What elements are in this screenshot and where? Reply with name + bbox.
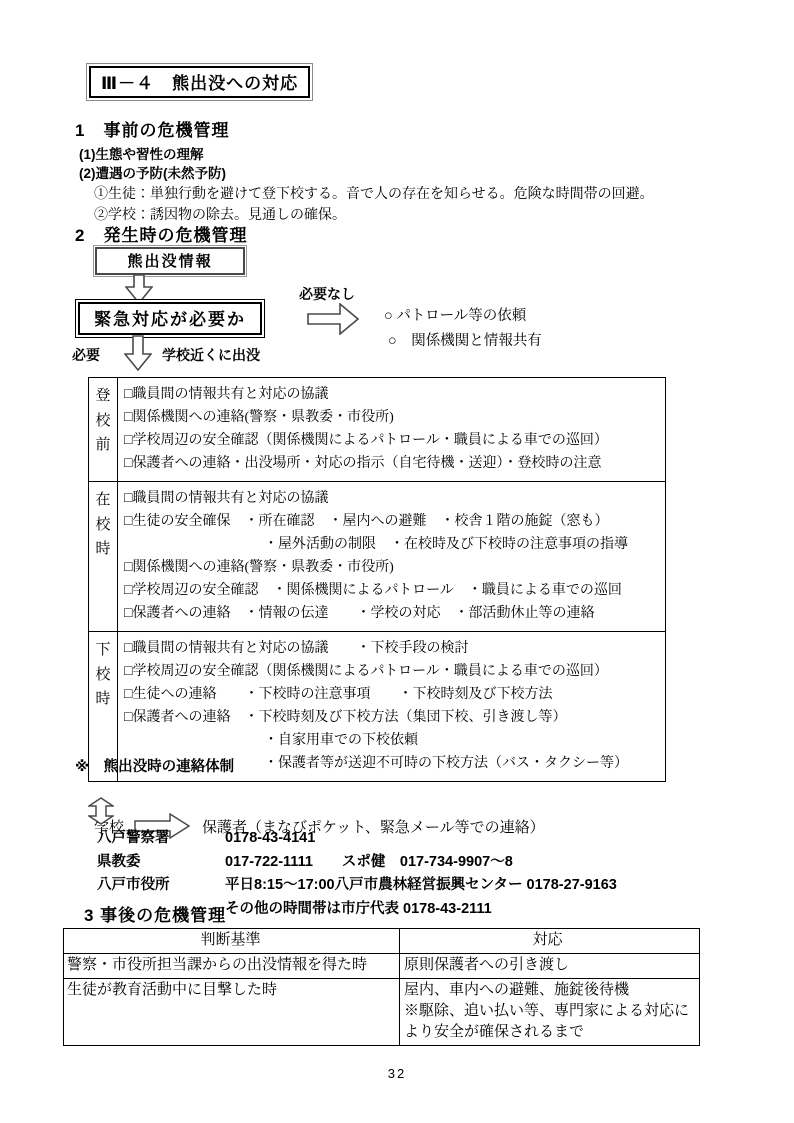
response-line: ※駆除、追い払い等、専門家による対応により安全が確保されるまで [404,1001,695,1043]
criteria-cell: 警察・市役所担当課からの出没情報を得た時 [64,954,400,978]
criteria-cell: 生徒が教育活動中に目撃した時 [64,979,400,1045]
no-branch-label: 必要なし [299,284,355,304]
contact-entry: 八戸警察署 0178-43-4141 [97,827,617,851]
response-cell: 屋内、車内への避難、施錠後待機 ※駆除、追い払い等、専門家による対応により安全が… [400,979,699,1045]
no-branch-item2: ○ 関係機関と情報共有 [388,329,542,350]
page-title: Ⅲ－４ 熊出没への対応 [89,66,310,98]
checklist-line: □保護者への連絡・出没場所・対応の指示（自宅待機・送迎）・登校時の注意 [124,452,665,475]
contact-name: 八戸警察署 [97,827,225,851]
checklist-line: □学校周辺の安全確認（関係機関によるパトロール・職員による車での巡回） [124,429,665,452]
contact-name: 八戸市役所 [97,874,225,898]
section1-sub1: ①生徒：単独行動を避けて登下校する。音で人の存在を知らせる。危険な時間帯の回避。 [94,183,654,203]
flowchart: 熊出没情報 緊急対応が必要か 必要なし ○ パトロール等の依頼 ○ 関係機関と情… [0,243,794,377]
checklist-line: □職員間の情報共有と対応の協議 [124,383,665,406]
criteria-header: 判断基準 [64,929,400,953]
contact-entry: 八戸市役所 平日8:15～17:00八戸市農林経営振興センター 0178-27-… [97,874,617,898]
near-school-label: 学校近くに出没 [162,345,260,365]
arrow-up-down-icon [88,797,114,825]
section1-item2: (2)遭遇の予防(未然予防) [79,162,226,182]
checklist-line: □保護者への連絡 ・下校時刻及び下校方法（集団下校、引き渡し等） [124,706,665,729]
contact-phone: 017-722-1111 スポ健 017-734-9907～8 [225,851,513,875]
row-header: 在校時 [95,488,111,562]
arrow-down-icon [124,335,152,371]
checklist-line: □保護者への連絡 ・情報の伝達 ・学校の対応 ・部活動休止等の連絡 [124,602,665,625]
title-box: Ⅲ－４ 熊出没への対応 [86,63,313,101]
judgement-table: 判断基準 対応 警察・市役所担当課からの出没情報を得た時 原則保護者への引き渡し… [63,928,700,1046]
row-header-cell: 登校前 [89,378,118,481]
checklist-line: □学校周辺の安全確認（関係機関によるパトロール・職員による車での巡回） [124,660,665,683]
checklist-line: ・屋外活動の制限 ・在校時及び下校時の注意事項の指導 [124,533,665,556]
checklist-line: □生徒への連絡 ・下校時の注意事項 ・下校時刻及び下校方法 [124,683,665,706]
contact-name: 県教委 [97,851,225,875]
table-row: 在校時 □職員間の情報共有と対応の協議 □生徒の安全確保 ・所在確認 ・屋内への… [89,481,665,631]
table-header-row: 判断基準 対応 [64,929,699,953]
table-row: 生徒が教育活動中に目撃した時 屋内、車内への避難、施錠後待機 ※駆除、追い払い等… [64,978,699,1045]
response-line: 屋内、車内への避難、施錠後待機 [404,980,695,1001]
section1-heading: 1 事前の危機管理 [75,116,229,141]
document-page: Ⅲ－４ 熊出没への対応 1 事前の危機管理 (1)生態や習性の理解 (2)遭遇の… [0,0,794,1123]
info-box: 熊出没情報 [93,245,247,277]
contact-heading: ※ 熊出没時の連絡体制 [75,755,234,776]
table-row: 登校前 □職員間の情報共有と対応の協議 □関係機関への連絡(警察・県教委・市役所… [89,378,665,481]
checklist-line: □生徒の安全確保 ・所在確認 ・屋内への避難 ・校舎１階の施錠（窓も） [124,510,665,533]
table-row: 警察・市役所担当課からの出没情報を得た時 原則保護者への引き渡し [64,953,699,978]
contact-phone: 平日8:15～17:00八戸市農林経営振興センター 0178-27-9163 [225,874,617,898]
page-number: 32 [0,1066,794,1081]
row-content-cell: □職員間の情報共有と対応の協議 □生徒の安全確保 ・所在確認 ・屋内への避難 ・… [118,482,665,631]
section1-item1: (1)生態や習性の理解 [79,143,204,163]
response-line: 原則保護者への引き渡し [404,955,695,976]
decision-box: 緊急対応が必要か [75,299,265,338]
contact-entry: 県教委 017-722-1111 スポ健 017-734-9907～8 [97,851,617,875]
yes-branch-label: 必要 [72,345,100,365]
arrow-right-icon [307,303,359,335]
checklist-line: □職員間の情報共有と対応の協議 ・下校手段の検討 [124,637,665,660]
row-header-cell: 在校時 [89,482,118,631]
contact-phone: その他の時間帯は市庁代表 0178-43-2111 [225,898,492,922]
section3-heading: 3 事後の危機管理 [84,901,226,926]
contact-phone: 0178-43-4141 [225,827,315,851]
info-box-label: 熊出没情報 [95,247,245,275]
row-content-cell: □職員間の情報共有と対応の協議 □関係機関への連絡(警察・県教委・市役所) □学… [118,378,665,481]
decision-box-label: 緊急対応が必要か [78,302,262,335]
no-branch-item1: ○ パトロール等の依頼 [384,304,526,325]
row-header: 登校前 [95,384,111,458]
checklist-table: 登校前 □職員間の情報共有と対応の協議 □関係機関への連絡(警察・県教委・市役所… [88,377,666,782]
checklist-line: ・自家用車での下校依頼 [124,729,665,752]
checklist-line: □学校周辺の安全確認 ・関係機関によるパトロール ・職員による車での巡回 [124,579,665,602]
row-header: 下校時 [95,638,111,712]
checklist-line: □職員間の情報共有と対応の協議 [124,487,665,510]
response-header: 対応 [400,929,699,953]
response-cell: 原則保護者への引き渡し [400,954,699,978]
checklist-line: □関係機関への連絡(警察・県教委・市役所) [124,406,665,429]
checklist-line: □関係機関への連絡(警察・県教委・市役所) [124,556,665,579]
